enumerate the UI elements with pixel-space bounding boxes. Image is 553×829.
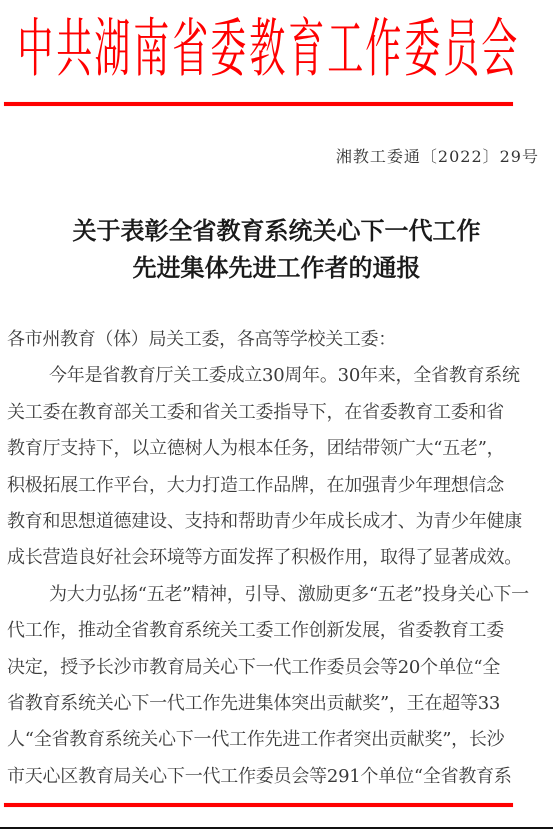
document-title-line-2: 先进集体先进工作者的通报 (0, 249, 553, 286)
paragraph-line: 代工作，推动全省教育系统关工委工作创新发展，省委教育工委 (7, 613, 547, 649)
masthead-char: 作 (365, 0, 394, 105)
header-red-rule (4, 102, 513, 106)
paragraph-line: 决定，授予长沙市教育局关心下一代工作委员会等20个单位“全 (7, 650, 547, 686)
document-page: 中共湖南省委教育工作委员会 湘教工委通〔2022〕29号 关于表彰全省教育系统关… (0, 0, 553, 829)
document-title-line-1: 关于表彰全省教育系统关心下一代工作 (0, 212, 553, 249)
masthead-char: 教 (249, 0, 278, 105)
footer-red-rule (4, 803, 513, 807)
paragraph-line: 教育厅支持下，以立德树人为根本任务，团结带领广大“五老”， (7, 431, 547, 467)
document-body: 各市州教育（体）局关工委，各高等学校关工委：今年是省教育厅关工委成立30周年。3… (7, 322, 547, 795)
paragraph-line: 积极拓展工作平台，大力打造工作品牌，在加强青少年理想信念 (7, 468, 547, 504)
document-title: 关于表彰全省教育系统关心下一代工作 先进集体先进工作者的通报 (0, 212, 553, 286)
masthead-char: 湖 (95, 0, 124, 105)
paragraph-first-line: 为大力弘扬“五老”精神，引导、激励更多“五老”投身关心下一 (7, 577, 547, 613)
paragraph-line: 教育和思想道德建设、支持和帮助青少年成长成才、为青少年健康 (7, 504, 547, 540)
masthead-char: 中 (17, 0, 46, 105)
paragraph-line: 省教育系统关心下一代工作先进集体突出贡献奖”，王在超等33 (7, 686, 547, 722)
document-number: 湘教工委通〔2022〕29号 (336, 144, 539, 167)
masthead-char: 省 (172, 0, 201, 105)
paragraph-line: 市天心区教育局关心下一代工作委员会等291个单位“全省教育系 (7, 759, 547, 795)
paragraph-line: 各市州教育（体）局关工委，各高等学校关工委： (7, 322, 547, 358)
masthead-char: 会 (481, 0, 510, 105)
masthead-char: 共 (56, 0, 85, 105)
paragraph-line: 成长营造良好社会环境等方面发挥了积极作用，取得了显著成效。 (7, 540, 547, 576)
masthead-char: 委 (211, 0, 240, 105)
paragraph-line: 人“全省教育系统关心下一代工作先进工作者突出贡献奖”，长沙 (7, 722, 547, 758)
masthead-title: 中共湖南省委教育工作委员会 (14, 12, 514, 88)
paragraph-line: 关工委在教育部关工委和省关工委指导下，在省委教育工委和省 (7, 395, 547, 431)
masthead-char: 委 (404, 0, 433, 105)
masthead-char: 工 (327, 0, 356, 105)
masthead-char: 育 (288, 0, 317, 105)
paragraph-first-line: 今年是省教育厅关工委成立30周年。30年来，全省教育系统 (7, 358, 547, 394)
masthead-char: 员 (443, 0, 472, 105)
masthead-char: 南 (133, 0, 162, 105)
